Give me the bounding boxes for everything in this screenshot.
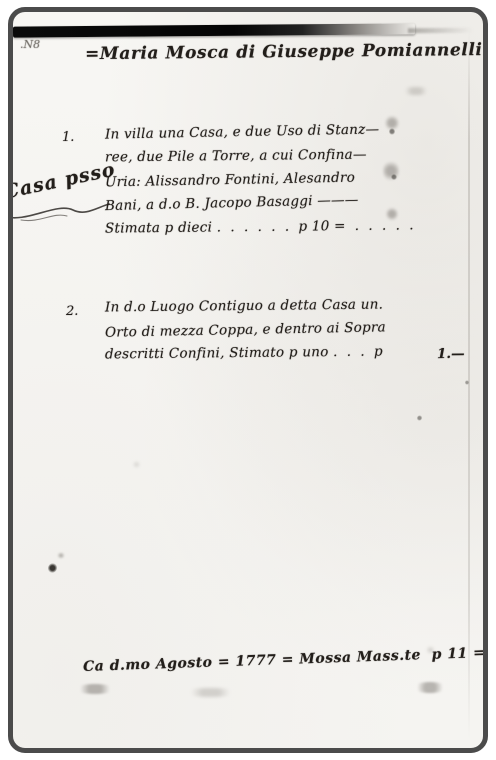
paper-page: .N8 =Maria Mosca di Giuseppe Pomiannelli… (13, 12, 483, 748)
page-title: =Maria Mosca di Giuseppe Pomiannelli.= (85, 40, 488, 64)
ink-smudge (57, 553, 65, 558)
bleedthrough-smudge (386, 207, 398, 221)
speck (133, 462, 140, 467)
bleedthrough-smudge (391, 174, 397, 180)
corner-mark: .N8 (20, 38, 40, 51)
bleedthrough-smudge (401, 87, 431, 95)
entry-1-line-5: Stimata p dieci . . . . . . p 10 = . . .… (105, 217, 414, 236)
bottom-smudge (413, 682, 447, 693)
entry-2-line-2: Orto di mezza Coppa, e dentro ai Sopra (105, 319, 386, 340)
speck (416, 414, 424, 422)
entry-2-line-3: descritti Confini, Stimato p uno . . . p (105, 344, 383, 363)
entry-1-line-2: ree, due Pile a Torre, a cui Confina— (105, 147, 367, 166)
entry-1-line-1: In villa una Casa, e due Uso di Stanz— (105, 121, 380, 142)
entry-1-line-3: Uria: Alissandro Fontini, Alesandro (105, 170, 355, 191)
scan-artifact-top-band-fade (408, 28, 473, 33)
ink-blot (46, 562, 58, 575)
bleedthrough-smudge (389, 128, 395, 135)
paper-edge-line (468, 30, 470, 740)
bottom-smudge (183, 688, 238, 697)
scan-artifact-top-band (13, 23, 415, 37)
bottom-smudge (75, 684, 115, 694)
entry-1-number: 1. (62, 130, 74, 145)
entry-2-line-1: In d.o Luogo Contiguo a detta Casa un. (105, 297, 383, 316)
scanned-manuscript-page: { "page": { "corner_mark": ".N8", "title… (0, 0, 496, 760)
speck (426, 647, 435, 653)
entry-1-line-4: Bani, a d.o B. Jacopo Basaggi ——— (105, 192, 359, 214)
margin-note: Casa psso (8, 158, 117, 203)
scan-frame-border: .N8 =Maria Mosca di Giuseppe Pomiannelli… (8, 7, 488, 753)
entry-2-number: 2. (66, 304, 78, 319)
margin-note-flourish (8, 198, 111, 224)
entry-2-amount: 1.— (437, 346, 465, 362)
